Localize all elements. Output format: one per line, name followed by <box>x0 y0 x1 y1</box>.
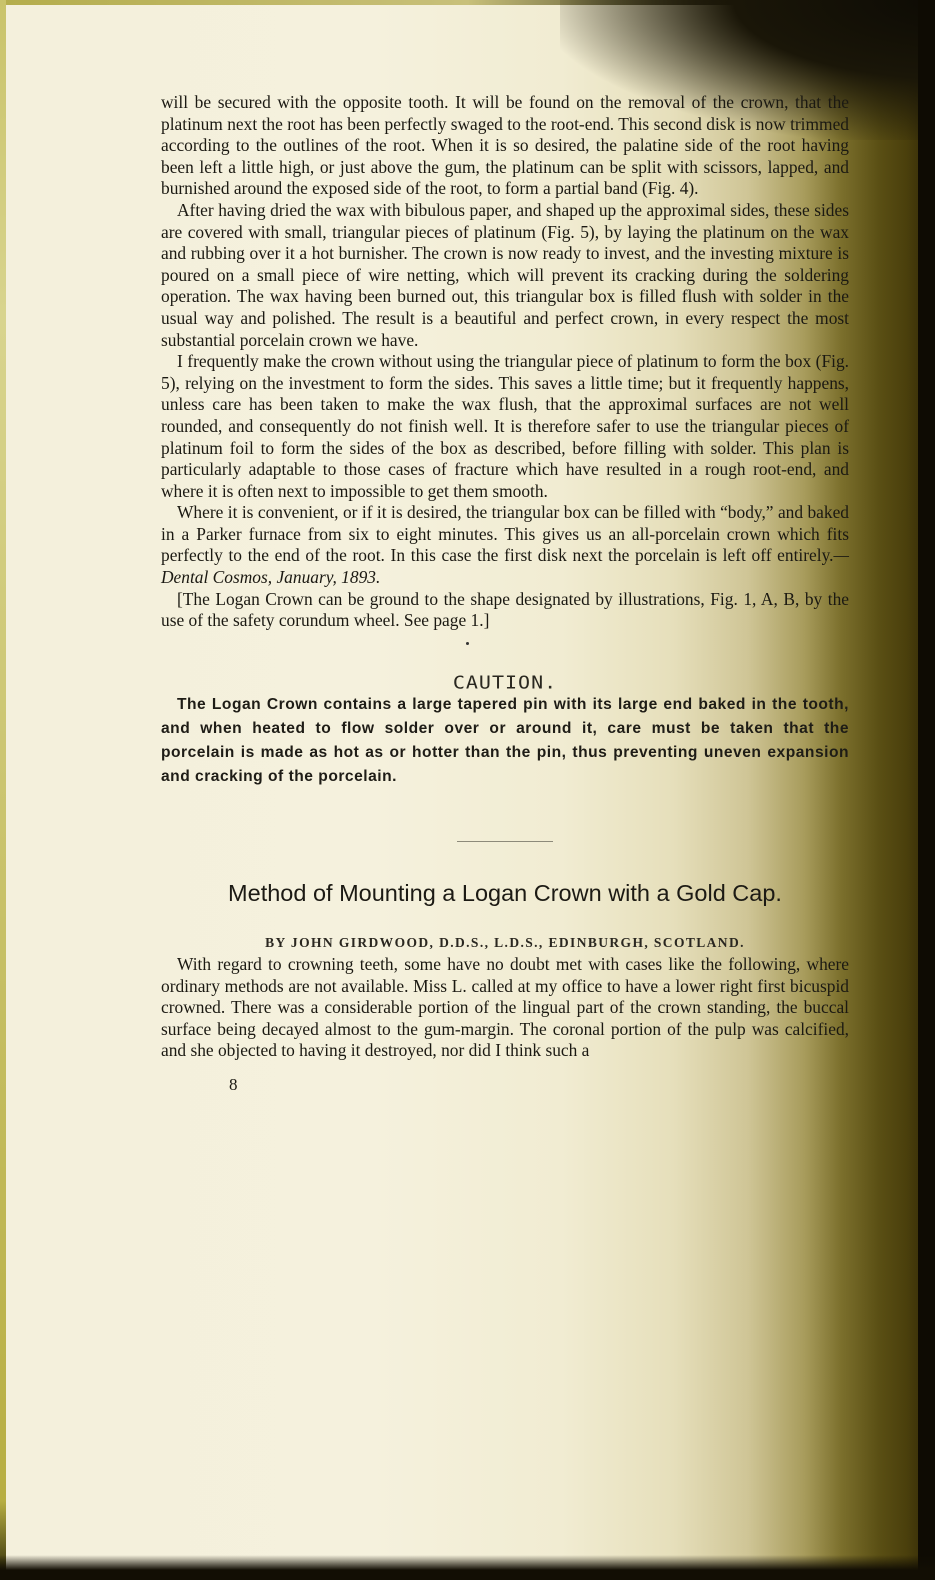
paragraph-body-text: Where it is convenient, or if it is desi… <box>161 502 849 565</box>
caution-body: The Logan Crown contains a large tapered… <box>161 693 849 789</box>
article-body: With regard to crowning teeth, some have… <box>161 954 849 1062</box>
scanned-page: will be secured with the opposite tooth.… <box>0 0 935 1580</box>
caution-heading: CAUTION. <box>161 673 849 692</box>
page-number: 8 <box>161 1074 849 1096</box>
editor-note: [The Logan Crown can be ground to the sh… <box>161 589 849 632</box>
section-divider <box>457 841 553 842</box>
page-bottom-edge <box>0 1555 935 1580</box>
article-title: Method of Mounting a Logan Crown with a … <box>161 878 849 908</box>
binding-gutter <box>918 0 935 1580</box>
article-byline: BY JOHN GIRDWOOD, D.D.S., L.D.S., EDINBU… <box>161 932 849 954</box>
paragraph-wax: After having dried the wax with bibulous… <box>161 200 849 351</box>
paragraph-body-porcelain: Where it is convenient, or if it is desi… <box>161 502 849 588</box>
separator-dot <box>161 632 849 656</box>
page-content: will be secured with the opposite tooth.… <box>161 92 849 1096</box>
paragraph-triangular-piece: I frequently make the crown without usin… <box>161 351 849 502</box>
page-left-edge <box>0 0 6 1580</box>
paragraph-continuation: will be secured with the opposite tooth.… <box>161 92 849 200</box>
